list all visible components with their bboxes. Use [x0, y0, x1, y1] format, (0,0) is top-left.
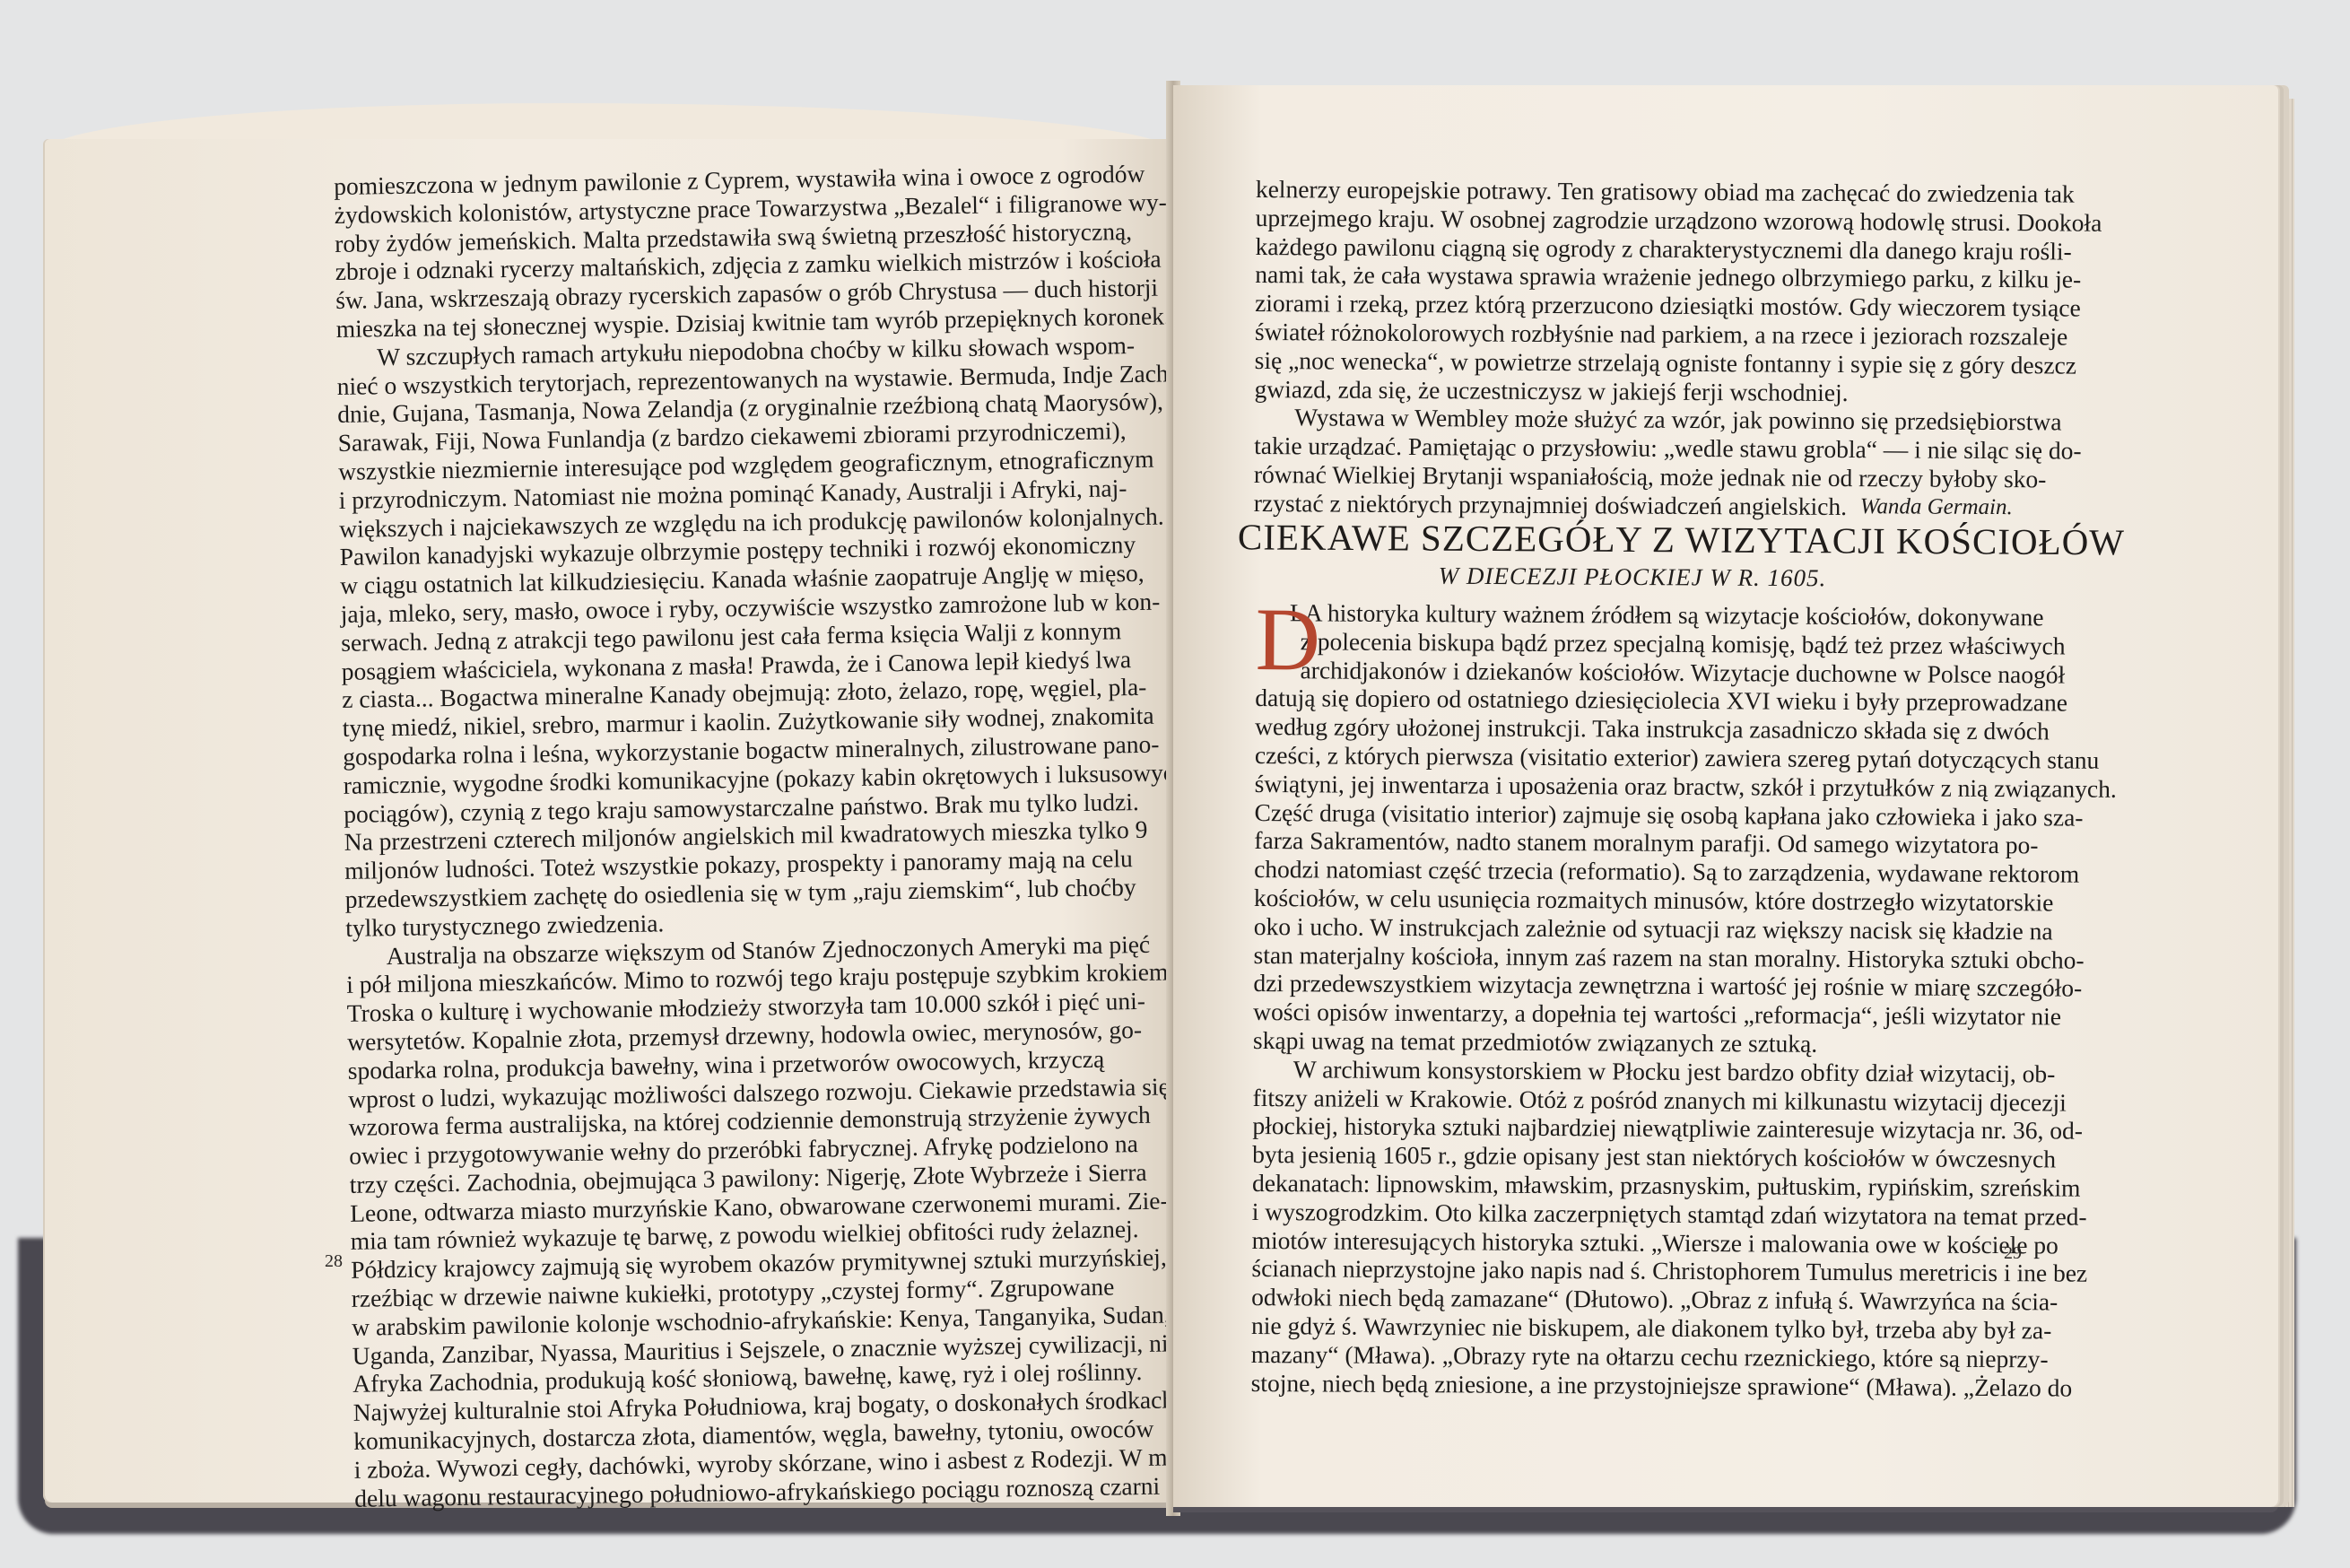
- right-page: kelnerzy europejskie potrawy. Ten gratis…: [1173, 85, 2278, 1507]
- text-line: i wyszogrodzkim. Oto kilka zaczerpniętyc…: [1252, 1198, 2011, 1231]
- page-edges: [2278, 99, 2294, 1507]
- text-line: chodzi natomiast część trzecia (reformat…: [1254, 855, 2013, 888]
- text-line: kościołów, w celu usunięcia rozmaitych m…: [1254, 884, 2013, 917]
- text-line: datują się dopiero od ostatniego dziesię…: [1255, 684, 2014, 717]
- text-line: stojne, niech będą zniesione, a ine przy…: [1251, 1368, 2010, 1401]
- left-page: pomieszczona w jednym pawilonie z Cyprem…: [45, 139, 1173, 1503]
- article-body: D LA historyka kultury ważnem źródłem są…: [1251, 598, 2015, 1401]
- text-line: dekanatach: lipnowskim, mławskim, przasn…: [1252, 1169, 2011, 1202]
- text-line: cześci, z których pierwsza (visitatio ex…: [1255, 741, 2014, 774]
- dropcap-paragraph: D LA historyka kultury ważnem źródłem są…: [1255, 598, 2015, 689]
- text-line: stan materjalny kościoła, innym zaś raze…: [1253, 941, 2012, 974]
- text-line: nami tak, że cała wystawa sprawia wrażen…: [1255, 260, 2014, 293]
- author-signature: Wanda Germain.: [1860, 492, 2013, 522]
- text-line: nie gdyż ś. Wawrzyniec nie biskupem, ale…: [1251, 1311, 2010, 1345]
- text-line: Wystawa w Wembley może służyć za wzór, j…: [1254, 403, 2013, 436]
- text-line: oko i ucho. W instrukcjach zależnie od s…: [1254, 912, 2013, 945]
- text-line: z polecenia biskupa bądź przez specjalną…: [1301, 627, 2015, 660]
- text-line: LA historyka kultury ważnem źródłem są w…: [1290, 598, 2015, 632]
- text-line: odwłoki niech będą zamazane“ (Dłutowo). …: [1251, 1283, 2010, 1316]
- text-line: byta jesienią 1605 r., gdzie opisany jes…: [1252, 1140, 2011, 1173]
- text-line: świateł różnokolorowych rozbłyśnie nad p…: [1255, 318, 2014, 351]
- text-line: miotów interesujących historyka sztuki. …: [1252, 1226, 2011, 1259]
- text-line: świątyni, jej inwentarza i uposażenia or…: [1255, 770, 2014, 803]
- text-line: dzi przedewszystkiem wizytacja zewnętrzn…: [1253, 969, 2012, 1002]
- text-line: mazany“ (Mława). „Obrazy ryte na ołtarzu…: [1251, 1340, 2010, 1373]
- text-line: każdego pawilonu ciągną się ogrody z cha…: [1255, 232, 2014, 266]
- text-line: W archiwum konsystorskiem w Płocku jest …: [1253, 1055, 2012, 1088]
- text-line: farza Sakramentów, nadto stanem moralnym…: [1254, 826, 2013, 859]
- text-line: uprzejmego kraju. W osobnej zagrodzie ur…: [1256, 204, 2015, 237]
- page-number-left: 28: [325, 1251, 343, 1272]
- text-line: ziorami i rzeką, przez którą przerzucono…: [1255, 289, 2014, 322]
- text-line: równać Wielkiej Brytanji wspaniałością, …: [1254, 460, 2013, 493]
- text-line: archidjakonów i dziekanów kościołów. Wiz…: [1300, 656, 2014, 689]
- text-line: ścianach nieprzystojne jako napis nad ś.…: [1251, 1254, 2010, 1287]
- article-lines: datują się dopiero od ostatniego dziesię…: [1251, 684, 2015, 1401]
- text-line: skąpi uwag na temat przedmiotów związany…: [1253, 1026, 2012, 1059]
- article-subtitle: W DIECEZJI PŁOCKIEJ W R. 1605.: [1238, 561, 2027, 593]
- text-line: płockiej, historyka sztuki najbardziej n…: [1252, 1111, 2011, 1145]
- left-page-text: pomieszczona w jednym pawilonie z Cyprem…: [334, 161, 1090, 1512]
- article-title: CIEKAWE SZCZEGÓŁY Z WIZYTACJI KOŚCIOŁÓW: [1238, 515, 2027, 562]
- text-line: Część druga (visitatio interior) zajmuje…: [1254, 798, 2013, 832]
- text-line: takie urządzać. Pamiętając o przysłowiu:…: [1254, 431, 2013, 465]
- text-line: wości opisów inwentarzy, a dopełnia tej …: [1253, 997, 2012, 1031]
- text-line: się „noc wenecka“, w powietrze strzelają…: [1255, 346, 2014, 379]
- drop-cap: D: [1255, 598, 1320, 681]
- page-number-right: 29: [2004, 1243, 2022, 1264]
- text-line: według zgóry ułożonej instrukcji. Taka i…: [1255, 712, 2014, 745]
- text-line: kelnerzy europejskie potrawy. Ten gratis…: [1256, 175, 2015, 208]
- text-line: gwiazd, zda się, że uczestniczysz w jaki…: [1254, 375, 2013, 408]
- text-line: fitszy aniżeli w Krakowie. Otóż z pośród…: [1253, 1084, 2012, 1117]
- right-page-continuation-text: kelnerzy europejskie potrawy. Ten gratis…: [1254, 175, 2015, 522]
